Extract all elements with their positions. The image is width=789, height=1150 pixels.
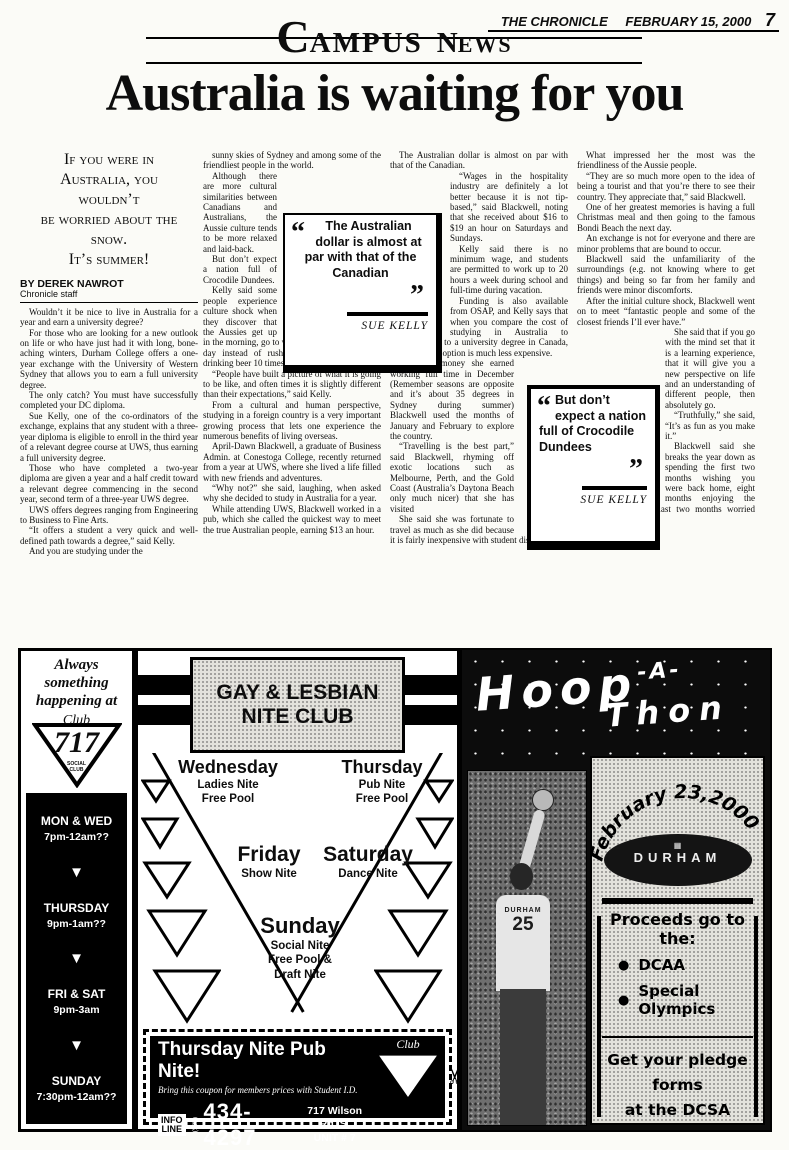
down-triangle-icon: ▼: [69, 951, 84, 966]
standfirst: If you were inAustralia, youwouldn’tbe w…: [20, 150, 198, 270]
pullquote-crocodile-dundees: “ But don’t expect a nation full of Croc…: [527, 385, 660, 550]
stripe: [401, 675, 457, 695]
panel-bar-right: [754, 916, 758, 1117]
a-word: -A-: [636, 657, 682, 685]
day-detail: Dance Nite: [306, 867, 430, 881]
proceeds-beneficiary: DCAA: [638, 956, 685, 974]
address-line2: UNIT # 7: [298, 1132, 371, 1145]
open-quote-icon: “: [537, 393, 551, 421]
day-detail: Social Nite: [244, 939, 356, 953]
schedule-time: 7pm-12am??: [41, 831, 112, 843]
coupon-logo-sub: SOCIAL CLUB: [373, 1080, 443, 1091]
day-block-saturday: Saturday Dance Nite: [306, 843, 430, 881]
down-triangle-icon: ▼: [69, 865, 84, 880]
masthead-campus: AMPUS: [310, 27, 423, 59]
coupon-headline: Thursday Nite Pub Nite!: [158, 1039, 371, 1083]
tag-line: happening at: [21, 692, 132, 710]
para: From a cultural and human perspective, s…: [203, 400, 381, 442]
schedule-time: 9pm-3am: [48, 1004, 106, 1016]
proceeds-section: Proceeds go to the: ● DCAA ● Special Oly…: [602, 898, 753, 1018]
player-legs: [500, 989, 546, 1126]
day-name: Saturday: [306, 843, 430, 867]
pullquote-australian-dollar: “ The Australian dollar is almost at par…: [283, 213, 442, 373]
schedule-day: MON & WED: [41, 814, 112, 828]
pledge-line2: at the DCSA office: [602, 1098, 753, 1125]
para: Sue Kelly, one of the co-ordinators of t…: [20, 411, 198, 463]
club717-logo: Club 717 SOCIAL CLUB: [32, 714, 122, 790]
niteclub-title-line1: GAY & LESBIAN: [216, 681, 378, 705]
info-line-box: INFO LINE: [158, 1114, 186, 1137]
para: While attending UWS, Blackwell worked in…: [203, 504, 381, 535]
pullquote-attribution: SUE KELLY: [539, 494, 647, 506]
pullquote-rule: [582, 486, 647, 490]
hoopathon-panel: February 23,2000 ▦ DURHAM Proceeds go to…: [590, 756, 765, 1125]
para: April-Dawn Blackwell, a graduate of Busi…: [203, 441, 381, 483]
day-detail: Free Pool &: [244, 953, 356, 967]
body-text: Wouldn’t it be nice to live in Australia…: [20, 307, 198, 557]
durham-logo: ▦ DURHAM: [604, 834, 752, 886]
coupon-contact-row: INFO LINE (905) 434-4297 717 Wilson Rd. …: [158, 1099, 371, 1150]
schedule-day: FRI & SAT: [48, 987, 106, 1001]
sf-line: wouldn’t: [20, 190, 198, 210]
para: “It offers a student a very quick and we…: [20, 525, 198, 546]
masthead-news: EWS: [458, 32, 513, 57]
byline-credit: Chronicle staff: [20, 289, 198, 302]
para: “They are so much more open to the idea …: [577, 171, 755, 202]
body-text: The Australian dollar is almost on par w…: [390, 150, 568, 171]
day-name: Thursday: [321, 757, 443, 778]
hoopathon-ad: Hoop-A- Thon DURHAM 25 February 23,2000: [460, 648, 772, 1132]
para: The only catch? You must have successful…: [20, 390, 198, 411]
day-block-thursday: Thursday Pub Nite Free Pool: [321, 757, 443, 807]
para: The Australian dollar is almost on par w…: [390, 150, 568, 171]
para: Blackwell said the unfamiliarity of the …: [577, 254, 755, 296]
tag-line: Always: [21, 656, 132, 674]
schedule-item: FRI & SAT 9pm-3am: [48, 987, 106, 1016]
day-detail: Pub Nite: [321, 778, 443, 792]
para: After the initial culture shock, Blackwe…: [577, 296, 755, 327]
coupon-inner: Thursday Nite Pub Nite! Bring this coupo…: [150, 1036, 445, 1118]
section-masthead: CAMPUSNEWS: [0, 14, 789, 60]
byline: BY DEREK NAWROT: [20, 279, 198, 289]
club717-logo-sub: SOCIAL CLUB: [32, 761, 122, 773]
pub-nite-coupon: Thursday Nite Pub Nite! Bring this coupo…: [143, 1029, 452, 1125]
basketball-player-photo: DURHAM 25: [467, 770, 587, 1126]
club717-schedule: MON & WED 7pm-12am?? ▼ THURSDAY 9pm-1am?…: [26, 793, 127, 1124]
panel-bar-left: [597, 916, 601, 1117]
para: One of her greatest memories is having a…: [577, 202, 755, 233]
stripe: [138, 705, 194, 725]
day-detail: Draft Nite: [244, 968, 356, 982]
day-detail: Free Pool: [321, 792, 443, 806]
proceeds-title: Proceeds go to the:: [602, 910, 753, 948]
day-name: Sunday: [244, 913, 356, 939]
para: “People have built a picture of what it …: [203, 369, 381, 400]
open-quote-icon: “: [291, 219, 305, 247]
sf-line: Australia, you: [20, 170, 198, 190]
tag-line: something: [21, 674, 132, 692]
club717-coupon-logo: Club 717 SOCIAL CLUB: [373, 1038, 443, 1116]
day-detail: Free Pool: [162, 792, 294, 806]
pullquote-attribution: SUE KELLY: [293, 320, 428, 332]
para: “Why not?” she said, laughing, when aske…: [203, 483, 381, 504]
sf-line: If you were in: [20, 150, 198, 170]
triangle-stack-left-icon: [141, 779, 221, 1025]
schedule-item: THURSDAY 9pm-1am??: [44, 901, 110, 930]
address-line1: 717 Wilson Rd. S.: [298, 1105, 371, 1131]
club717-tagline: Alwayssomethinghappening at: [21, 651, 132, 710]
para: Those who have completed a two-year dipl…: [20, 463, 198, 505]
phone-number: 434-4297: [204, 1099, 288, 1150]
body-text: sunny skies of Sydney and among some of …: [203, 150, 381, 171]
coupon-logo-club: Club: [373, 1037, 443, 1052]
hoopathon-title: Hoop-A- Thon: [460, 648, 772, 745]
schedule-day: SUNDAY: [37, 1074, 117, 1088]
niteclub-ad: GAY & LESBIAN NITE CLUB: [135, 648, 460, 1132]
day-name: Wednesday: [162, 757, 294, 778]
pullquote-text: But don’t expect a nation full of Crocod…: [539, 393, 647, 456]
pullquote-text: The Australian dollar is almost at par w…: [293, 219, 428, 282]
body-text: What impressed her the most was the frie…: [577, 150, 755, 327]
club-address: 717 Wilson Rd. S. UNIT # 7: [298, 1105, 371, 1144]
para: Wouldn’t it be nice to live in Australia…: [20, 307, 198, 328]
para: sunny skies of Sydney and among some of …: [203, 150, 381, 171]
coupon-script-line: Bring this coupon for members prices wit…: [158, 1085, 371, 1095]
crest-icon: ▦: [604, 834, 752, 850]
para: An exchange is not for everyone and ther…: [577, 233, 755, 254]
niteclub-title: GAY & LESBIAN NITE CLUB: [190, 657, 405, 753]
club717-logo-number: 717: [32, 726, 122, 760]
coupon-logo-number: 717: [373, 1052, 443, 1079]
durham-logo-text: DURHAM: [604, 850, 752, 865]
para: For those who are looking for a new outl…: [20, 328, 198, 390]
article-headline: Australia is waiting for you: [0, 64, 789, 123]
schedule-item: SUNDAY 7:30pm-12am??: [37, 1074, 117, 1103]
close-quote-icon: ”: [293, 288, 424, 305]
player-head: [510, 863, 533, 890]
stripe: [401, 705, 457, 725]
sf-line: It’s summer!: [20, 250, 198, 270]
day-block-wednesday: Wednesday Ladies Nite Free Pool: [162, 757, 294, 807]
club717-side-ad: Alwayssomethinghappening at Club 717 SOC…: [18, 648, 135, 1132]
bullet-icon: ●: [618, 959, 629, 972]
article-column-1: If you were inAustralia, youwouldn’tbe w…: [20, 150, 198, 638]
bullet-icon: ●: [618, 994, 629, 1007]
niteclub-header: GAY & LESBIAN NITE CLUB: [138, 651, 457, 753]
day-block-sunday: Sunday Social Nite Free Pool & Draft Nit…: [244, 913, 356, 982]
niteclub-schedule: Wednesday Ladies Nite Free Pool Thursday…: [138, 753, 457, 1029]
para: What impressed her the most was the frie…: [577, 150, 755, 171]
schedule-day: THURSDAY: [44, 901, 110, 915]
jersey-name: DURHAM: [496, 907, 550, 914]
masthead-news-cap: N: [437, 27, 458, 59]
jersey-number: 25: [496, 914, 550, 936]
pullquote-rule: [347, 312, 428, 316]
pledge-line1: Get your pledge forms: [602, 1048, 753, 1098]
sf-line: be worried about the: [20, 210, 198, 230]
schedule-time: 9pm-1am??: [44, 918, 110, 930]
close-quote-icon: ”: [539, 462, 643, 479]
proceeds-item: ● DCAA: [618, 956, 753, 974]
player-jersey: DURHAM 25: [496, 895, 550, 991]
para: And you are studying under the: [20, 546, 198, 556]
basketball: [532, 789, 554, 811]
schedule-time: 7:30pm-12am??: [37, 1091, 117, 1103]
proceeds-item: ● Special Olympics: [618, 982, 753, 1018]
line-label: LINE: [161, 1125, 183, 1134]
masthead-dropcap: C: [276, 11, 309, 62]
proceeds-beneficiary: Special Olympics: [638, 982, 753, 1018]
sf-line: snow.: [20, 230, 198, 250]
day-detail: Ladies Nite: [162, 778, 294, 792]
para: UWS offers degrees ranging from Engineer…: [20, 505, 198, 526]
triangle-stack-right-icon: [374, 779, 454, 1025]
niteclub-title-line2: NITE CLUB: [242, 705, 354, 729]
down-triangle-icon: ▼: [69, 1038, 84, 1053]
area-code: (905): [191, 1117, 199, 1132]
schedule-item: MON & WED 7pm-12am??: [41, 814, 112, 843]
newspaper-page: THE CHRONICLE FEBRUARY 15, 2000 7 CAMPUS…: [0, 0, 789, 1150]
pledge-forms-note: Get your pledge forms at the DCSA office: [602, 1036, 753, 1125]
stripe: [138, 675, 194, 695]
